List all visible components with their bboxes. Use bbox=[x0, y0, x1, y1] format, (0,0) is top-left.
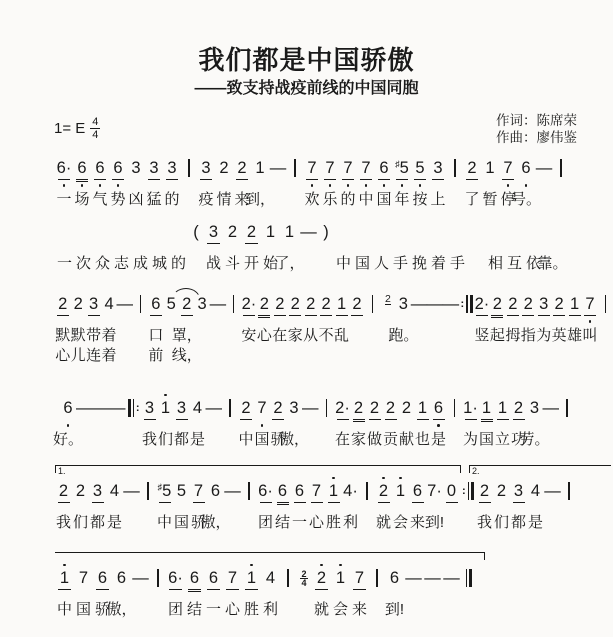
lyric-syllable-verse2: 儿 bbox=[70, 348, 86, 366]
lyric-syllable: 安 bbox=[241, 326, 257, 348]
lyric-syllable: 中 bbox=[57, 600, 73, 622]
note: 7心 bbox=[223, 562, 242, 622]
lyric-syllable-verse2 bbox=[380, 348, 396, 366]
note: ♯5中 bbox=[156, 475, 173, 535]
note: 3 bbox=[194, 288, 209, 366]
parenthesis: ( bbox=[188, 216, 204, 276]
note: 3跑。 bbox=[396, 288, 411, 366]
lyric-syllable-verse2 bbox=[474, 348, 490, 366]
rest-note: 0 bbox=[443, 475, 460, 535]
repeat-end-bar: : bbox=[459, 288, 474, 366]
note: 2就 bbox=[312, 562, 331, 622]
note: 3战 bbox=[204, 216, 223, 276]
bar-line bbox=[222, 392, 238, 452]
note: 7·到! bbox=[426, 475, 443, 535]
score-body: 6·一6场6气6势3凶3猛3的3疫2情2来1到，—7欢7乐7的7中6国♯5年5按… bbox=[0, 152, 613, 622]
lyric-syllable: 志 bbox=[114, 254, 130, 276]
note: 6场 bbox=[73, 152, 91, 212]
dash-extension: — bbox=[543, 392, 560, 452]
lyric-syllable bbox=[561, 513, 577, 535]
note: 6好。 bbox=[60, 392, 76, 452]
lyric-syllable: 手 bbox=[450, 254, 466, 276]
spacer: 着 bbox=[429, 216, 448, 276]
spacer: 成 bbox=[131, 216, 150, 276]
lyric-syllable bbox=[553, 190, 569, 212]
note: 1·为 bbox=[463, 392, 479, 452]
lyric-syllable: 也 bbox=[415, 430, 431, 452]
note: 7的 bbox=[339, 152, 357, 212]
lyric-syllable: 的 bbox=[164, 190, 180, 212]
note: 1会 bbox=[392, 475, 409, 535]
bar-line bbox=[359, 475, 375, 535]
volta-2-continuation bbox=[55, 552, 485, 560]
lyric-syllable-verse2 bbox=[597, 348, 613, 366]
dash-extension: — bbox=[269, 152, 287, 212]
lyric-syllable bbox=[124, 513, 140, 535]
note: 3的 bbox=[163, 152, 181, 212]
note: 6势 bbox=[109, 152, 127, 212]
system-4: 6好。———:3我1们3都4是—2中7国2骄3傲，—2·在2家2做2贡2献1也6… bbox=[60, 392, 613, 452]
lyric-syllable: 家 bbox=[351, 430, 367, 452]
lyric-syllable bbox=[461, 600, 477, 622]
note: 2贡 bbox=[383, 392, 399, 452]
lyric-syllable-verse2: 线， bbox=[179, 348, 195, 366]
lyric-syllable bbox=[126, 430, 142, 452]
note: 5国 bbox=[173, 475, 190, 535]
volta-2-bracket: 2. bbox=[469, 465, 611, 473]
lyric-syllable: 到， bbox=[252, 190, 268, 212]
lyric-syllable bbox=[76, 430, 92, 452]
bar-line bbox=[287, 152, 303, 212]
note: 4利 bbox=[261, 562, 280, 622]
note: 6结 bbox=[274, 475, 291, 535]
lyric-syllable: 立 bbox=[495, 430, 511, 452]
lyric-syllable: 傲， bbox=[114, 600, 130, 622]
note: 7欢 bbox=[303, 152, 321, 212]
lyric-syllable: 挽 bbox=[412, 254, 428, 276]
lyric-syllable-verse2 bbox=[582, 348, 598, 366]
lyric-syllable: 中 bbox=[358, 190, 374, 212]
lyric-syllable bbox=[302, 430, 318, 452]
dash-extension: — bbox=[123, 475, 140, 535]
lyric-syllable: 中 bbox=[336, 254, 352, 276]
lyric-syllable: 是 bbox=[190, 430, 206, 452]
note: 2·竖 bbox=[474, 288, 489, 366]
note: 1胜 bbox=[242, 562, 261, 622]
lyric-syllable-verse2 bbox=[132, 348, 148, 366]
lyric-syllable-verse2 bbox=[349, 348, 365, 366]
note: 6结 bbox=[185, 562, 204, 622]
lyric-syllable: 了 bbox=[464, 190, 480, 212]
lyric-syllable-verse2 bbox=[256, 348, 272, 366]
lyric-syllable bbox=[369, 600, 385, 622]
lyric-syllable: 献 bbox=[399, 430, 415, 452]
spacer: 中 bbox=[334, 216, 353, 276]
lyric-syllable: 暂 bbox=[482, 190, 498, 212]
lyric-syllable: 年 bbox=[394, 190, 410, 212]
lyric-syllable bbox=[447, 430, 463, 452]
lyric-syllable: 心 bbox=[256, 326, 272, 348]
lyric-syllable: 胜 bbox=[244, 600, 260, 622]
note: 7叫 bbox=[582, 288, 597, 366]
note: 1中 bbox=[55, 562, 74, 622]
lyric-syllable: 竖 bbox=[474, 326, 490, 348]
lyric-syllable bbox=[241, 513, 257, 535]
note: 4是 bbox=[106, 475, 123, 535]
lyric-syllable: 了， bbox=[282, 254, 298, 276]
lyric-syllable: 叫 bbox=[582, 326, 598, 348]
bar-line bbox=[280, 562, 296, 622]
spacer: 靠。 bbox=[543, 216, 562, 276]
lyric-syllable-verse2: 心 bbox=[55, 348, 71, 366]
note: 2开 bbox=[242, 216, 261, 276]
note: 3带连 bbox=[86, 288, 101, 366]
lyric-syllable: 在 bbox=[272, 326, 288, 348]
notes-line-1: 6·一6场6气6势3凶3猛3的3疫2情2来1到，—7欢7乐7的7中6国♯5年5按… bbox=[55, 152, 613, 212]
dash-extension: — bbox=[411, 288, 427, 366]
lyric-syllable: 都 bbox=[90, 513, 106, 535]
lyric-syllable: 国 bbox=[76, 600, 92, 622]
note: 1胜 bbox=[325, 475, 342, 535]
lyric-syllable: 国 bbox=[174, 513, 190, 535]
dash-extension: — bbox=[131, 562, 150, 622]
bar-line bbox=[369, 562, 385, 622]
lyric-syllable: 乐 bbox=[322, 190, 338, 212]
lyric-syllable: 利 bbox=[343, 513, 359, 535]
lyric-syllable: 来 bbox=[410, 513, 426, 535]
lyric-syllable: 我 bbox=[142, 430, 158, 452]
note: 2做 bbox=[367, 392, 383, 452]
note: 4着着 bbox=[101, 288, 116, 366]
note: 2在 bbox=[272, 288, 287, 366]
note: 1国 bbox=[479, 392, 495, 452]
lyric-syllable bbox=[280, 600, 296, 622]
note: 4是 bbox=[527, 475, 544, 535]
lyric-syllable: 默 bbox=[70, 326, 86, 348]
lyric-syllable: 一 bbox=[292, 513, 308, 535]
note: 2 bbox=[349, 288, 364, 366]
notes-line-6: 1中7国6骄6傲，—6·团6结6一7心1胜4利242就1会7来6到!——— bbox=[55, 562, 613, 622]
lyric-syllable: 结 bbox=[187, 600, 203, 622]
lyric-syllable: 着 bbox=[101, 326, 117, 348]
lyric-syllable bbox=[359, 513, 375, 535]
note: 4是 bbox=[190, 392, 206, 452]
note: 3上 bbox=[429, 152, 447, 212]
note: 1暂 bbox=[481, 152, 499, 212]
lyric-syllable: 傲， bbox=[286, 430, 302, 452]
lyric-syllable bbox=[181, 190, 197, 212]
lyric-syllable: 气 bbox=[92, 190, 108, 212]
system-2: 一次众志成城的(3战2斗2开1始1了，—)中国人手挽着手相互依靠。 bbox=[55, 216, 613, 276]
dash-extension: — bbox=[535, 152, 553, 212]
lyric-syllable: 利 bbox=[263, 600, 279, 622]
note: 6傲， bbox=[207, 475, 224, 535]
spacer: 一 bbox=[55, 216, 74, 276]
lyric-syllable bbox=[133, 600, 149, 622]
lyric-syllable-verse2 bbox=[411, 348, 427, 366]
lyric-syllable: 一 bbox=[206, 600, 222, 622]
lyric-syllable: 国 bbox=[376, 190, 392, 212]
sheet-music-page: 我们都是中国骄傲 ——致支持战疫前线的中国同胞 1= E 4 4 作词：陈席荣 … bbox=[0, 0, 613, 637]
lyric-syllable-verse2 bbox=[443, 348, 459, 366]
note: 1雄 bbox=[567, 288, 582, 366]
system-5: 1. 2. 2我2们3都4是—♯5中5国7骄6傲，—6·团6结6一7心1胜4·利… bbox=[55, 462, 613, 535]
lyric-syllable: 疫 bbox=[198, 190, 214, 212]
lyric-syllable bbox=[117, 326, 133, 348]
score-title: 我们都是中国骄傲 bbox=[0, 44, 613, 76]
note: 3劳。 bbox=[527, 392, 543, 452]
lyric-syllable bbox=[460, 513, 476, 535]
lyric-syllable bbox=[319, 430, 335, 452]
lyric-syllable: 为 bbox=[463, 430, 479, 452]
lyric-syllable: 来 bbox=[352, 600, 368, 622]
note: ♯5年 bbox=[393, 152, 411, 212]
lyric-syllable-verse2 bbox=[567, 348, 583, 366]
note: 2家 bbox=[351, 392, 367, 452]
lyric-syllable-verse2 bbox=[364, 348, 380, 366]
lyric-syllable: 会 bbox=[393, 513, 409, 535]
lyric-syllable: 我 bbox=[56, 513, 72, 535]
lyric-syllable: 都 bbox=[511, 513, 527, 535]
lyric-syllable: 不 bbox=[318, 326, 334, 348]
bar-line bbox=[447, 392, 463, 452]
lyric-syllable: 国 bbox=[355, 254, 371, 276]
final-bar-line bbox=[461, 562, 477, 622]
lyric-syllable bbox=[543, 430, 559, 452]
note: 1也 bbox=[415, 392, 431, 452]
spacer: 城 bbox=[150, 216, 169, 276]
lyric-syllable: 乱 bbox=[334, 326, 350, 348]
lyric-syllable: 猛 bbox=[146, 190, 162, 212]
lyric-syllable: 为 bbox=[536, 326, 552, 348]
dash-extension: — bbox=[427, 288, 443, 366]
note: 1会 bbox=[331, 562, 350, 622]
lyric-syllable-verse2 bbox=[520, 348, 536, 366]
lyric-syllable: 城 bbox=[152, 254, 168, 276]
lyric-syllable bbox=[287, 190, 303, 212]
lyric-syllable: 成 bbox=[133, 254, 149, 276]
lyric-syllable: 国 bbox=[254, 430, 270, 452]
note: 6是 bbox=[431, 392, 447, 452]
note: 2情 bbox=[215, 152, 233, 212]
lyric-syllable bbox=[425, 600, 441, 622]
lyric-syllable: 罩， bbox=[179, 326, 195, 348]
credits: 作词：陈席荣 作曲：廖伟鉴 bbox=[496, 112, 577, 146]
lyricist-credit: 作词：陈席荣 bbox=[496, 112, 577, 129]
lyric-syllable: 斗 bbox=[225, 254, 241, 276]
note: 6傲， bbox=[112, 562, 131, 622]
spacer: 人 bbox=[372, 216, 391, 276]
lyric-syllable-verse2: 着 bbox=[101, 348, 117, 366]
repeat-end-bar: : bbox=[460, 475, 476, 535]
lyric-syllable-verse2 bbox=[536, 348, 552, 366]
dash-extension: — bbox=[423, 562, 442, 622]
lyric-syllable-verse2 bbox=[210, 348, 226, 366]
repeat-begin-bar: : bbox=[126, 392, 142, 452]
lyric-syllable-verse2 bbox=[117, 348, 133, 366]
bar-line bbox=[553, 152, 569, 212]
dash-extension: — bbox=[442, 562, 461, 622]
spacer: 国 bbox=[353, 216, 372, 276]
note: 3猛 bbox=[145, 152, 163, 212]
lyric-syllable: 是 bbox=[107, 513, 123, 535]
note: 2默心 bbox=[55, 288, 70, 366]
time-signature: 4 4 bbox=[90, 117, 100, 140]
dash-extension: — bbox=[443, 288, 459, 366]
lyric-syllable: 按 bbox=[412, 190, 428, 212]
note: 2我 bbox=[476, 475, 493, 535]
spacer: 众 bbox=[93, 216, 112, 276]
bar-line bbox=[559, 392, 575, 452]
lyric-syllable bbox=[406, 600, 422, 622]
notes-line-2: 一次众志成城的(3战2斗2开1始1了，—)中国人手挽着手相互依靠。 bbox=[55, 216, 613, 276]
note: 2我 bbox=[55, 475, 72, 535]
lyric-syllable bbox=[411, 326, 427, 348]
lyric-syllable bbox=[444, 600, 460, 622]
lyric-syllable bbox=[225, 513, 241, 535]
note: 3傲， bbox=[286, 392, 302, 452]
dash-extension: — bbox=[93, 392, 110, 452]
lyric-syllable-verse2: 前 bbox=[148, 348, 164, 366]
note: 7心 bbox=[308, 475, 325, 535]
lyric-syllable bbox=[150, 600, 166, 622]
lyric-syllable bbox=[459, 326, 475, 348]
lyric-syllable-verse2 bbox=[505, 348, 521, 366]
lyric-syllable: 就 bbox=[376, 513, 392, 535]
lyric-syllable: 到! bbox=[387, 600, 403, 622]
spacer: 的 bbox=[169, 216, 188, 276]
note: 2·安 bbox=[241, 288, 256, 366]
lyric-syllable: 都 bbox=[174, 430, 190, 452]
time-numerator: 4 bbox=[90, 117, 100, 129]
note: 2英 bbox=[551, 288, 566, 366]
system-3: 2默心2默儿3带连4着着—6口前52罩，线，3—2·安2心2在2家2从2不1乱2… bbox=[55, 288, 613, 366]
lyric-syllable: 着 bbox=[431, 254, 447, 276]
dash-extension: — bbox=[299, 216, 318, 276]
lyric-syllable-verse2 bbox=[489, 348, 505, 366]
note: 3我 bbox=[142, 392, 158, 452]
lyric-syllable bbox=[301, 254, 317, 276]
lyric-syllable: 雄 bbox=[567, 326, 583, 348]
lyric-syllable: 跑。 bbox=[395, 326, 411, 348]
bar-line bbox=[140, 475, 156, 535]
lyric-syllable bbox=[93, 430, 109, 452]
note: 2中 bbox=[238, 392, 254, 452]
lyric-syllable: 胜 bbox=[326, 513, 342, 535]
note: 7国 bbox=[254, 392, 270, 452]
lyric-syllable: 好。 bbox=[60, 430, 76, 452]
lyric-syllable: 一 bbox=[57, 254, 73, 276]
notes-line-5: 2我2们3都4是—♯5中5国7骄6傲，—6·团6结6一7心1胜4·利2就1会6来… bbox=[55, 475, 613, 535]
dash-extension: — bbox=[206, 392, 223, 452]
lyric-syllable: 情 bbox=[216, 190, 232, 212]
system-1: 6·一6场6气6势3凶3猛3的3疫2情2来1到，—7欢7乐7的7中6国♯5年5按… bbox=[55, 152, 613, 212]
lyric-syllable-verse2: 连 bbox=[86, 348, 102, 366]
lyric-syllable: 默 bbox=[55, 326, 71, 348]
note: 3为 bbox=[536, 288, 551, 366]
spacer bbox=[467, 216, 486, 276]
lyric-syllable: 们 bbox=[494, 513, 510, 535]
dash-extension: — bbox=[210, 288, 226, 366]
lyric-syllable bbox=[140, 513, 156, 535]
dash-extension: — bbox=[544, 475, 561, 535]
lyric-syllable: 欢 bbox=[304, 190, 320, 212]
lyric-syllable: 心 bbox=[225, 600, 241, 622]
dash-extension: — bbox=[117, 288, 133, 366]
note: 6国 bbox=[375, 152, 393, 212]
spacer: 手 bbox=[391, 216, 410, 276]
lyric-syllable-verse2 bbox=[272, 348, 288, 366]
note: 2献 bbox=[399, 392, 415, 452]
bar-line bbox=[133, 288, 148, 366]
score-meta: 1= E 4 4 作词：陈席荣 作曲：廖伟鉴 bbox=[0, 102, 613, 146]
lyric-syllable bbox=[536, 190, 552, 212]
bar-line bbox=[598, 288, 613, 366]
note: 7国 bbox=[74, 562, 93, 622]
bar-line bbox=[226, 288, 241, 366]
lyric-syllable: 劳。 bbox=[527, 430, 543, 452]
lyric-syllable: 傲， bbox=[208, 513, 224, 535]
bar-line bbox=[241, 475, 257, 535]
note: 2指 bbox=[521, 288, 536, 366]
lyric-syllable: 开 bbox=[244, 254, 260, 276]
note: 6气 bbox=[91, 152, 109, 212]
note: 2从 bbox=[303, 288, 318, 366]
note: 6一 bbox=[291, 475, 308, 535]
bar-line bbox=[447, 152, 463, 212]
lyric-syllable bbox=[427, 326, 443, 348]
lyric-syllable: 人 bbox=[374, 254, 390, 276]
lyric-syllable: 到! bbox=[427, 513, 443, 535]
lyric-syllable: 相 bbox=[488, 254, 504, 276]
spacer: 志 bbox=[112, 216, 131, 276]
note: 2们 bbox=[72, 475, 89, 535]
parenthesis: ) bbox=[318, 216, 334, 276]
note: 2们 bbox=[493, 475, 510, 535]
volta-1-bracket: 1. bbox=[55, 465, 461, 473]
lyric-syllable: 中 bbox=[157, 513, 173, 535]
score-subtitle: ——致支持战疫前线的中国同胞 bbox=[0, 76, 613, 102]
dash-extension: — bbox=[76, 392, 93, 452]
note: 3疫 bbox=[197, 152, 215, 212]
note: 2了 bbox=[463, 152, 481, 212]
lyric-syllable bbox=[318, 254, 334, 276]
note: 2不 bbox=[318, 288, 333, 366]
lyric-syllable bbox=[270, 190, 286, 212]
bar-line bbox=[365, 288, 380, 366]
lyric-syllable bbox=[443, 326, 459, 348]
lyric-syllable: 从 bbox=[303, 326, 319, 348]
key-signature: 1= E 4 4 bbox=[54, 117, 100, 140]
note: 2心 bbox=[257, 288, 272, 366]
note: 1们 bbox=[158, 392, 174, 452]
lyric-syllable-verse2 bbox=[318, 348, 334, 366]
note: 6来 bbox=[409, 475, 426, 535]
note: 6口前 bbox=[148, 288, 163, 366]
lyric-syllable: 贡 bbox=[383, 430, 399, 452]
lyric-syllable: 的 bbox=[171, 254, 187, 276]
lyric-syllable: 在 bbox=[335, 430, 351, 452]
lyric-syllable: 结 bbox=[275, 513, 291, 535]
note: 2默儿 bbox=[70, 288, 85, 366]
note: 2就 bbox=[375, 475, 392, 535]
spacer: 手 bbox=[448, 216, 467, 276]
note: 1乱 bbox=[334, 288, 349, 366]
lyric-syllable bbox=[188, 254, 204, 276]
lyric-syllable-verse2 bbox=[226, 348, 242, 366]
lyric-syllable: 靠。 bbox=[545, 254, 561, 276]
notes-line-4: 6好。———:3我1们3都4是—2中7国2骄3傲，—2·在2家2做2贡2献1也6… bbox=[60, 392, 613, 452]
